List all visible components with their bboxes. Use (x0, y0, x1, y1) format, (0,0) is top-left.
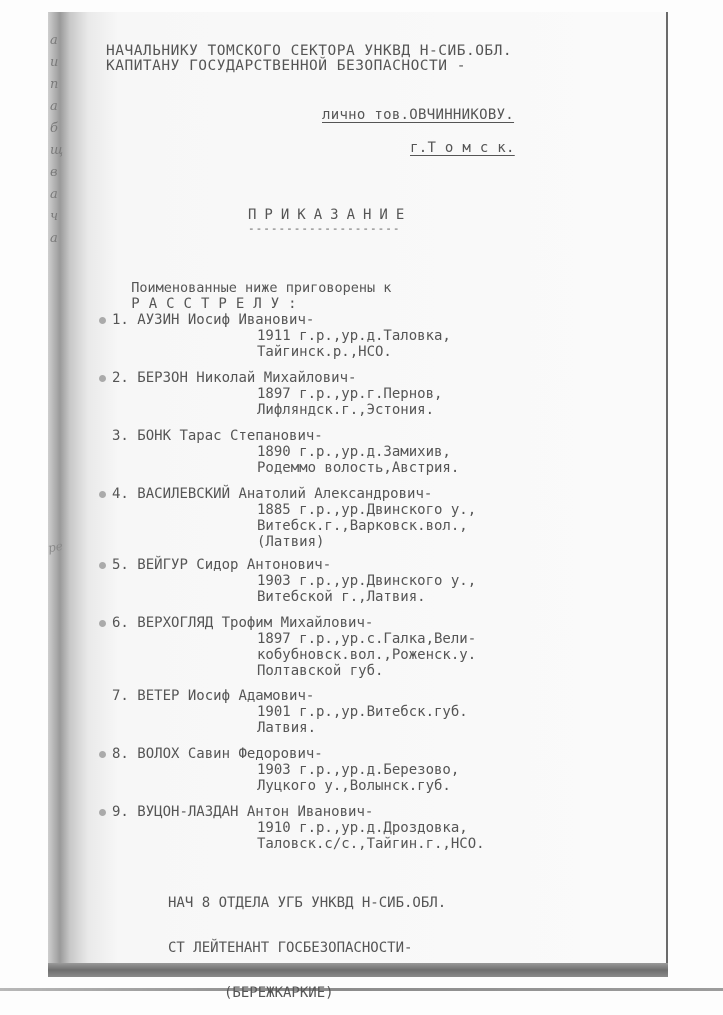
entry-header: 3. БОНК Тарас Степанович- (112, 428, 459, 444)
entry-name: ВЕТЕР Иосиф Адамович- (137, 688, 314, 704)
entry-name: ВОЛОХ Савин Федорович- (137, 746, 322, 762)
entry-detail: 1885 г.р.,ур.Двинского у., (112, 502, 476, 518)
entry-detail: 1897 г.р.,ур.с.Галка,Вели- (112, 631, 476, 647)
entry-detail: 1890 г.р.,ур.д.Замихив, (112, 444, 459, 460)
entry-name: БЕРЗОН Николай Михайлович- (137, 370, 356, 386)
entry-detail: Витебск.г.,Варковск.вол., (112, 518, 476, 534)
entry-detail: 1901 г.р.,ур.Витебск.губ. (112, 704, 468, 720)
entry-header: 4. ВАСИЛЕВСКИЙ Анатолий Александрович- (112, 486, 476, 502)
addressee-line-2: КАПИТАНУ ГОСУДАРСТВЕННОЙ БЕЗОПАСНОСТИ - (106, 59, 466, 74)
entry-detail: 1903 г.р.,ур.Двинского у., (112, 573, 476, 589)
entry-detail: Луцкого у.,Волынск.губ. (112, 778, 459, 794)
margin-mark (99, 751, 106, 758)
margin-mark (99, 375, 106, 382)
margin-mark (99, 491, 106, 498)
entry-number: 9. (112, 804, 129, 820)
entry-number: 7. (112, 688, 129, 704)
entry-number: 4. (112, 486, 129, 502)
margin-mark (99, 562, 106, 569)
entry-detail: Полтавской губ. (112, 663, 476, 679)
entry-name: ВЕРХОГЛЯД Трофим Михайлович- (137, 615, 373, 631)
title-underline: -------------------- (248, 222, 400, 235)
handwritten-letter: а (50, 30, 70, 52)
entry-header: 9. ВУЦОН-ЛАЗДАН Антон Иванович- (112, 804, 485, 820)
margin-mark (99, 317, 106, 324)
entry-header: 5. ВЕЙГУР Сидор Антонович- (112, 557, 476, 573)
handwritten-letter: б (50, 118, 70, 140)
entry-number: 3. (112, 428, 129, 444)
entry-detail: Тайгинск.р.,НСО. (112, 344, 451, 360)
entry-detail: (Латвия) (112, 534, 476, 550)
sentence-entry: 6. ВЕРХОГЛЯД Трофим Михайлович-1897 г.р.… (112, 615, 476, 679)
entry-detail: 1911 г.р.,ур.д.Таловка, (112, 328, 451, 344)
entry-header: 1. АУЗИН Иосиф Иванович- (112, 312, 451, 328)
entry-detail: Таловск.с/с.,Тайгин.г.,НСО. (112, 836, 485, 852)
entry-detail: Родеммо волость,Австрия. (112, 460, 459, 476)
margin-handwriting: аипабщвача (50, 30, 70, 250)
entry-header: 8. ВОЛОХ Савин Федорович- (112, 746, 459, 762)
entry-header: 2. БЕРЗОН Николай Михайлович- (112, 370, 442, 386)
entry-detail: 1903 г.р.,ур.д.Березово, (112, 762, 459, 778)
entry-name: АУЗИН Иосиф Иванович- (137, 312, 314, 328)
sentence-entry: 4. ВАСИЛЕВСКИЙ Анатолий Александрович-18… (112, 486, 476, 550)
sentence-entry: 9. ВУЦОН-ЛАЗДАН Антон Иванович-1910 г.р.… (112, 804, 485, 852)
handwritten-letter: а (50, 228, 70, 250)
sentence-entry: 1. АУЗИН Иосиф Иванович-1911 г.р.,ур.д.Т… (112, 312, 451, 360)
handwritten-letter: щ (50, 140, 70, 162)
entry-detail: Витебской г.,Латвия. (112, 589, 476, 605)
handwritten-letter: и (50, 52, 70, 74)
entry-name: БОНК Тарас Степанович- (137, 428, 322, 444)
entry-number: 1. (112, 312, 129, 328)
signature-block: НАЧ 8 ОТДЕЛА УГБ УНКВД Н-СИБ.ОБЛ. СТ ЛЕЙ… (168, 866, 446, 1015)
margin-mark (99, 809, 106, 816)
entry-header: 7. ВЕТЕР Иосиф Адамович- (112, 688, 468, 704)
signature-line-3: (БЕРЕЖКАРКИЕ) (168, 986, 446, 1001)
intro-text: Поименованные ниже приговорены к (131, 280, 391, 296)
sentence-entry: 7. ВЕТЕР Иосиф Адамович-1901 г.р.,ур.Вит… (112, 688, 468, 736)
document-title: ПРИКАЗАНИЕ (248, 207, 412, 223)
margin-mark (99, 620, 106, 627)
entry-name: ВАСИЛЕВСКИЙ Анатолий Александрович- (137, 486, 432, 502)
addressee-personal: лично тов.ОВЧИННИКОВУ. (322, 107, 514, 123)
handwritten-letter: а (50, 184, 70, 206)
margin-note: ре (47, 539, 64, 555)
addressee-city: г.Т о м с к. (410, 140, 515, 156)
entry-number: 2. (112, 370, 129, 386)
entry-detail: Лифляндск.г.,Эстония. (112, 402, 442, 418)
entry-name: ВУЦОН-ЛАЗДАН Антон Иванович- (137, 804, 373, 820)
sentence-entry: 8. ВОЛОХ Савин Федорович-1903 г.р.,ур.д.… (112, 746, 459, 794)
addressee-line-1: НАЧАЛЬНИКУ ТОМСКОГО СЕКТОРА УНКВД Н-СИБ.… (106, 44, 512, 59)
sentence-entry: 3. БОНК Тарас Степанович-1890 г.р.,ур.д.… (112, 428, 459, 476)
sentence-entry: 2. БЕРЗОН Николай Михайлович-1897 г.р.,у… (112, 370, 442, 418)
entry-detail: кобубновск.вол.,Роженск.у. (112, 647, 476, 663)
intro-emphasis: РАССТРЕЛУ: (131, 296, 305, 312)
signature-line-1: НАЧ 8 ОТДЕЛА УГБ УНКВД Н-СИБ.ОБЛ. (168, 896, 446, 911)
handwritten-letter: а (50, 96, 70, 118)
handwritten-letter: п (50, 74, 70, 96)
entry-number: 6. (112, 615, 129, 631)
entry-detail: Латвия. (112, 720, 468, 736)
entry-header: 6. ВЕРХОГЛЯД Трофим Михайлович- (112, 615, 476, 631)
entry-name: ВЕЙГУР Сидор Антонович- (137, 557, 331, 573)
handwritten-letter: ч (50, 206, 70, 228)
entry-detail: 1910 г.р.,ур.д.Дроздовка, (112, 820, 485, 836)
intro-line: Поименованные ниже приговорены к РАССТРЕ… (115, 264, 391, 312)
sentence-entry: 5. ВЕЙГУР Сидор Антонович-1903 г.р.,ур.Д… (112, 557, 476, 605)
entry-detail: 1897 г.р.,ур.г.Пернов, (112, 386, 442, 402)
entry-number: 5. (112, 557, 129, 573)
handwritten-letter: в (50, 162, 70, 184)
signature-line-2: СТ ЛЕЙТЕНАНТ ГОСБЕЗОПАСНОСТИ- (168, 941, 446, 956)
entry-number: 8. (112, 746, 129, 762)
